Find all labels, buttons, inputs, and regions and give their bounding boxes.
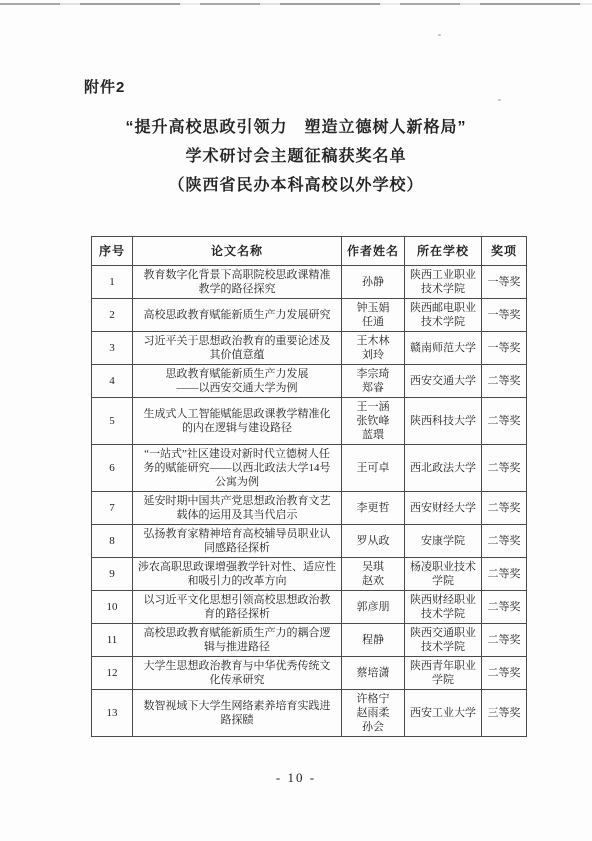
- table-row: 11高校思政教育赋能新质生产力的耦合逻 辑与推进路径程静陕西交通职业 技术学院二…: [92, 624, 527, 657]
- cell-school: 陕西交通职业 技术学院: [405, 624, 482, 657]
- cell-no: 2: [92, 299, 133, 332]
- cell-award: 二等奖: [482, 525, 527, 558]
- cell-school: 西北政法大学: [405, 445, 482, 492]
- cell-no: 5: [92, 398, 133, 445]
- cell-title: 教育数字化背景下高职院校思政课精准 教学的路径探究: [133, 266, 342, 299]
- cell-authors: 郭彦朋: [342, 591, 405, 624]
- cell-no: 9: [92, 558, 133, 591]
- cell-title: 生成式人工智能赋能思政课教学精准化 的内在逻辑与建设路径: [133, 398, 342, 445]
- cell-no: 6: [92, 445, 133, 492]
- document-title: “提升高校思政引领力 塑造立德树人新格局” 学术研讨会主题征稿获奖名单 （陕西省…: [0, 113, 592, 200]
- cell-award: 二等奖: [482, 365, 527, 398]
- cell-school: 陕西财经职业 技术学院: [405, 591, 482, 624]
- cell-title: 思政教育赋能新质生产力发展 ——以西安交通大学为例: [133, 365, 342, 398]
- cell-school: 西安财经大学: [405, 492, 482, 525]
- attachment-label: 附件2: [84, 76, 125, 97]
- page-number: - 10 -: [0, 770, 592, 786]
- cell-authors: 王一涵 张钦峰 蓝環: [342, 398, 405, 445]
- title-line-3: （陕西省民办本科高校以外学校）: [0, 171, 592, 200]
- table-row: 5生成式人工智能赋能思政课教学精准化 的内在逻辑与建设路径王一涵 张钦峰 蓝環陕…: [92, 398, 527, 445]
- cell-authors: 程静: [342, 624, 405, 657]
- cell-award: 一等奖: [482, 266, 527, 299]
- cell-no: 11: [92, 624, 133, 657]
- cell-award: 二等奖: [482, 445, 527, 492]
- table-row: 4思政教育赋能新质生产力发展 ——以西安交通大学为例李宗琦 郑睿西安交通大学二等…: [92, 365, 527, 398]
- cell-award: 二等奖: [482, 492, 527, 525]
- cell-title: 数智视域下大学生网络素养培育实践进 路探赜: [133, 690, 342, 737]
- scan-artifact-speck: [498, 99, 501, 101]
- cell-no: 7: [92, 492, 133, 525]
- cell-authors: 李更哲: [342, 492, 405, 525]
- cell-authors: 吴琪 赵欢: [342, 558, 405, 591]
- table-row: 2高校思政教育赋能新质生产力发展研究钟玉娟 任通陕西邮电职业 技术学院一等奖: [92, 299, 527, 332]
- cell-school: 赣南师范大学: [405, 332, 482, 365]
- header-title: 论文名称: [133, 237, 342, 266]
- cell-no: 12: [92, 657, 133, 690]
- scanned-document-page: { "page": { "attachment_label": "附件2", "…: [0, 0, 592, 841]
- cell-school: 陕西科技大学: [405, 398, 482, 445]
- header-authors: 作者姓名: [342, 237, 405, 266]
- scan-artifact-speck: [438, 34, 441, 36]
- cell-award: 一等奖: [482, 332, 527, 365]
- cell-authors: 李宗琦 郑睿: [342, 365, 405, 398]
- table-row: 3习近平关于思想政治教育的重要论述及 其价值意蕴王木林 刘玲赣南师范大学一等奖: [92, 332, 527, 365]
- cell-award: 三等奖: [482, 690, 527, 737]
- cell-title: 弘扬教育家精神培育高校辅导员职业认 同感路径探析: [133, 525, 342, 558]
- cell-school: 西安工业大学: [405, 690, 482, 737]
- table-row: 6“一站式”社区建设对新时代立德树人任 务的赋能研究——以西北政法大学14号 公…: [92, 445, 527, 492]
- cell-school: 安康学院: [405, 525, 482, 558]
- cell-award: 二等奖: [482, 398, 527, 445]
- cell-title: 高校思政教育赋能新质生产力的耦合逻 辑与推进路径: [133, 624, 342, 657]
- scan-artifact-line: [0, 3, 592, 5]
- cell-title: 涉农高职思政课增强教学针对性、适应性 和吸引力的改革方向: [133, 558, 342, 591]
- header-award: 奖项: [482, 237, 527, 266]
- cell-no: 13: [92, 690, 133, 737]
- header-school: 所在学校: [405, 237, 482, 266]
- table-row: 8弘扬教育家精神培育高校辅导员职业认 同感路径探析罗从政安康学院二等奖: [92, 525, 527, 558]
- cell-school: 陕西工业职业 技术学院: [405, 266, 482, 299]
- cell-authors: 许格宁 赵雨柔 孙会: [342, 690, 405, 737]
- cell-school: 杨凌职业技术 学院: [405, 558, 482, 591]
- table-row: 7延安时期中国共产党思想政治教育文艺 载体的运用及其当代启示李更哲西安财经大学二…: [92, 492, 527, 525]
- cell-school: 陕西青年职业 学院: [405, 657, 482, 690]
- awards-table-header: 序号 论文名称 作者姓名 所在学校 奖项: [92, 237, 527, 266]
- cell-title: 延安时期中国共产党思想政治教育文艺 载体的运用及其当代启示: [133, 492, 342, 525]
- table-row: 9涉农高职思政课增强教学针对性、适应性 和吸引力的改革方向吴琪 赵欢杨凌职业技术…: [92, 558, 527, 591]
- title-line-2: 学术研讨会主题征稿获奖名单: [0, 142, 592, 171]
- table-row: 12大学生思想政治教育与中华优秀传统文 化传承研究蔡培潇陕西青年职业 学院二等奖: [92, 657, 527, 690]
- cell-no: 8: [92, 525, 133, 558]
- cell-no: 3: [92, 332, 133, 365]
- cell-school: 西安交通大学: [405, 365, 482, 398]
- cell-award: 二等奖: [482, 624, 527, 657]
- cell-title: 高校思政教育赋能新质生产力发展研究: [133, 299, 342, 332]
- cell-title: 大学生思想政治教育与中华优秀传统文 化传承研究: [133, 657, 342, 690]
- title-line-1: “提升高校思政引领力 塑造立德树人新格局”: [0, 113, 592, 142]
- cell-authors: 孙静: [342, 266, 405, 299]
- cell-no: 4: [92, 365, 133, 398]
- cell-award: 二等奖: [482, 591, 527, 624]
- cell-school: 陕西邮电职业 技术学院: [405, 299, 482, 332]
- cell-authors: 钟玉娟 任通: [342, 299, 405, 332]
- header-no: 序号: [92, 237, 133, 266]
- cell-award: 二等奖: [482, 558, 527, 591]
- table-row: 13数智视域下大学生网络素养培育实践进 路探赜许格宁 赵雨柔 孙会西安工业大学三…: [92, 690, 527, 737]
- cell-authors: 王木林 刘玲: [342, 332, 405, 365]
- cell-no: 1: [92, 266, 133, 299]
- cell-award: 二等奖: [482, 657, 527, 690]
- cell-authors: 王可卓: [342, 445, 405, 492]
- cell-authors: 罗从政: [342, 525, 405, 558]
- cell-award: 一等奖: [482, 299, 527, 332]
- table-row: 10以习近平文化思想引领高校思想政治教 育的路径探析郭彦朋陕西财经职业 技术学院…: [92, 591, 527, 624]
- cell-authors: 蔡培潇: [342, 657, 405, 690]
- cell-title: 以习近平文化思想引领高校思想政治教 育的路径探析: [133, 591, 342, 624]
- header-row: 序号 论文名称 作者姓名 所在学校 奖项: [92, 237, 527, 266]
- table-row: 1教育数字化背景下高职院校思政课精准 教学的路径探究孙静陕西工业职业 技术学院一…: [92, 266, 527, 299]
- awards-table: 序号 论文名称 作者姓名 所在学校 奖项 1教育数字化背景下高职院校思政课精准 …: [91, 236, 527, 737]
- cell-title: 习近平关于思想政治教育的重要论述及 其价值意蕴: [133, 332, 342, 365]
- awards-table-body: 1教育数字化背景下高职院校思政课精准 教学的路径探究孙静陕西工业职业 技术学院一…: [92, 266, 527, 737]
- cell-no: 10: [92, 591, 133, 624]
- cell-title: “一站式”社区建设对新时代立德树人任 务的赋能研究——以西北政法大学14号 公寓…: [133, 445, 342, 492]
